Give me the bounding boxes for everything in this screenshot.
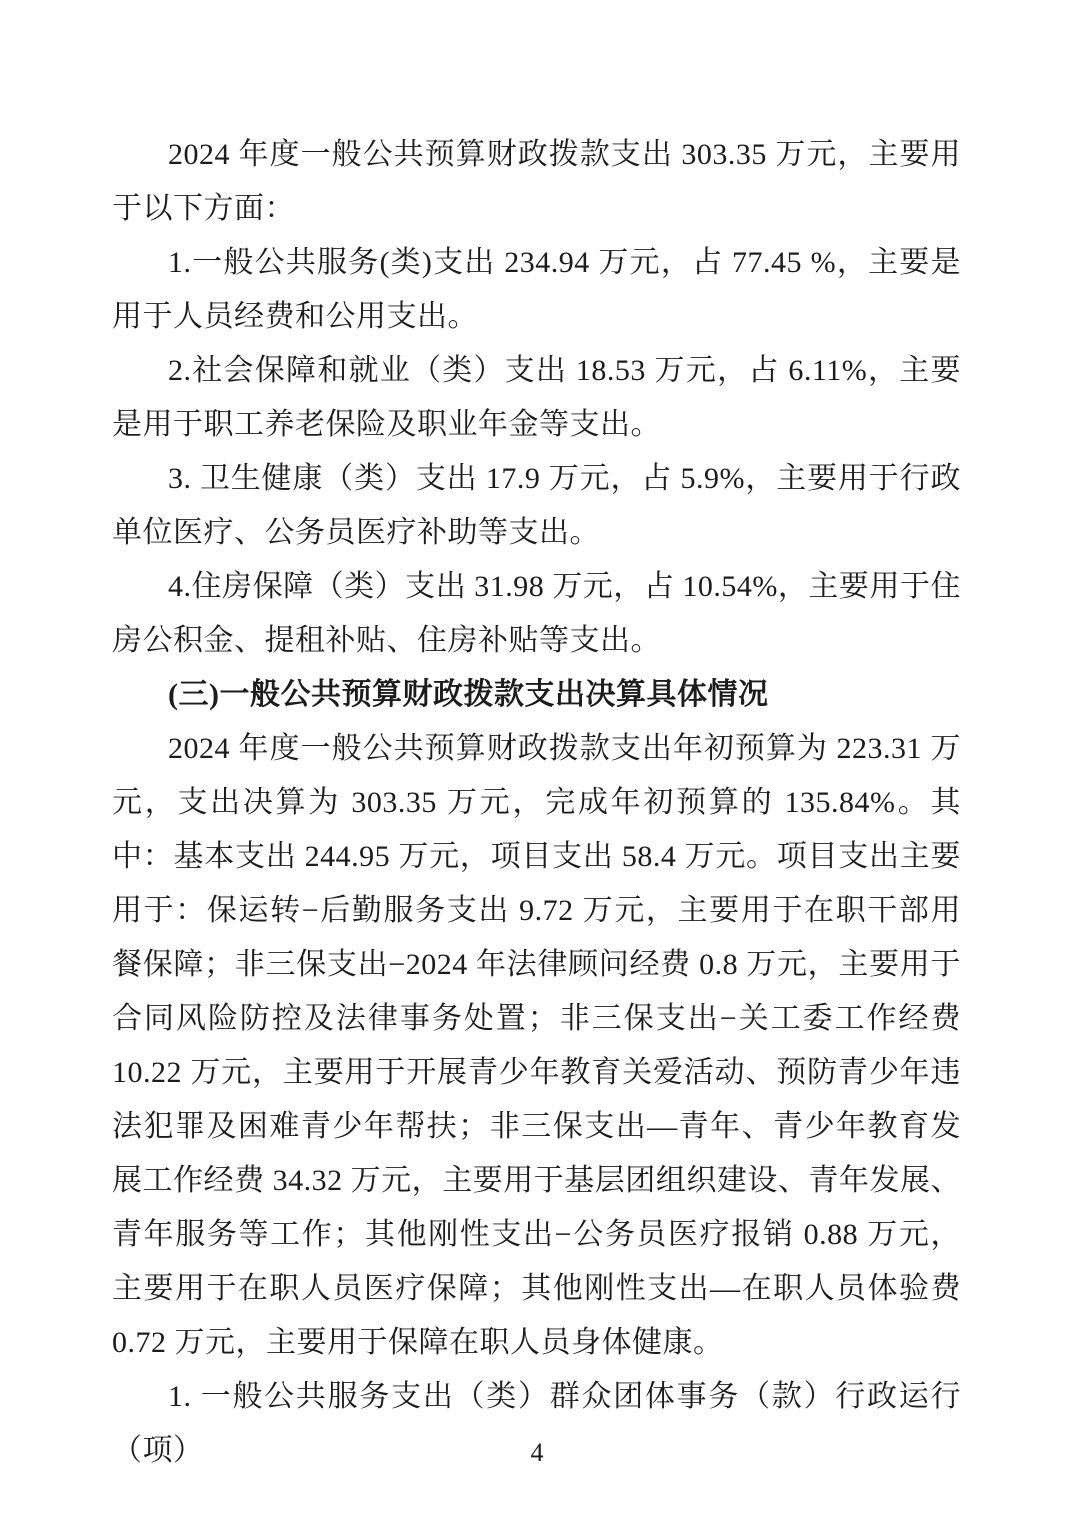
section-heading-3: (三)一般公共预算财政拨款支出决算具体情况 — [112, 668, 961, 722]
para-overview: 2024 年度一般公共预算财政拨款支出 303.35 万元，主要用于以下方面： — [112, 128, 961, 236]
para-housing: 4.住房保障（类）支出 31.98 万元，占 10.54%，主要用于住房公积金、… — [112, 560, 961, 668]
page-number: 4 — [0, 1438, 1074, 1468]
document-body: 2024 年度一般公共预算财政拨款支出 303.35 万元，主要用于以下方面： … — [112, 0, 961, 1478]
para-expenditure-details: 2024 年度一般公共预算财政拨款支出年初预算为 223.31 万元，支出决算为… — [112, 722, 961, 1370]
para-health: 3. 卫生健康（类）支出 17.9 万元，占 5.9%，主要用于行政单位医疗、公… — [112, 452, 961, 560]
document-page: 2024 年度一般公共预算财政拨款支出 303.35 万元，主要用于以下方面： … — [0, 0, 1074, 1520]
para-general-public-services: 1.一般公共服务(类)支出 234.94 万元，占 77.45 %，主要是用于人… — [112, 236, 961, 344]
para-social-security-employment: 2.社会保障和就业（类）支出 18.53 万元，占 6.11%，主要是用于职工养… — [112, 344, 961, 452]
